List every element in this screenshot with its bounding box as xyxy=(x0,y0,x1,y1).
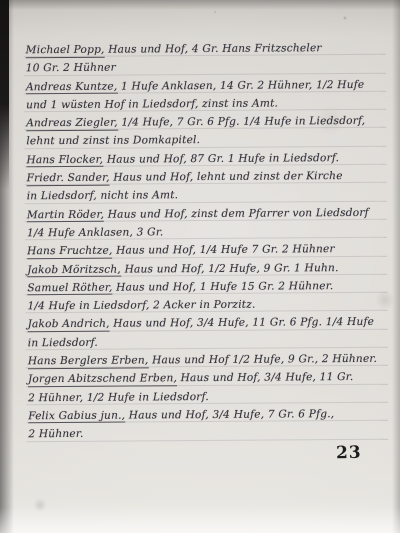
entry-name-underlined: Martin Röder, xyxy=(27,208,104,222)
entry-text: lehnt und zinst ins Domkapitel. xyxy=(26,135,200,148)
entry-name-underlined: Hans Fruchtze, xyxy=(27,245,113,259)
manuscript-line: Jakob Andrich, Haus und Hof, 3/4 Hufe, 1… xyxy=(28,313,384,334)
entry-name-underlined: Jakob Andrich, xyxy=(28,318,110,332)
entry-text: Haus und Hof, 3/4 Hufe, 11 Gr. 6 Pfg. 1/… xyxy=(110,316,374,330)
scanned-manuscript-page: Michael Popp, Haus und Hof, 4 Gr. Hans F… xyxy=(0,0,400,533)
manuscript-line: Andreas Ziegler, 1/4 Hufe, 7 Gr. 6 Pfg. … xyxy=(26,112,382,133)
entry-text: 1 Hufe Anklasen, 14 Gr. 2 Hühner, 1/2 Hu… xyxy=(117,78,364,92)
entry-text: Haus und Hof 1/2 Hufe, 9 Gr., 2 Hühner. xyxy=(148,353,377,367)
manuscript-line: 2 Hühner, 1/2 Hufe in Liedsdorf. xyxy=(28,386,384,407)
entry-text: in Liedsdorf, nicht ins Amt. xyxy=(27,190,179,203)
entry-text: 1/4 Hufe, 7 Gr. 6 Pfg. 1/4 Hufe in Lieds… xyxy=(118,115,366,129)
entry-text: 10 Gr. 2 Hühner xyxy=(26,62,116,75)
entry-text: 2 Hühner, 1/2 Hufe in Liedsdorf. xyxy=(28,391,209,404)
entry-text: und 1 wüsten Hof in Liedsdorf, zinst ins… xyxy=(26,97,278,111)
entry-text: in Liedsdorf. xyxy=(28,337,98,349)
entry-name-underlined: Samuel Röther, xyxy=(27,282,112,296)
entry-name-underlined: Hans Flocker, xyxy=(26,153,103,167)
entry-text: Haus und Hof, 1/4 Hufe 7 Gr. 2 Hühner xyxy=(112,243,334,257)
scan-black-corner xyxy=(0,0,9,190)
manuscript-line: und 1 wüsten Hof in Liedsdorf, zinst ins… xyxy=(26,94,382,115)
entry-text: Haus und Hof, 3/4 Hufe, 11 Gr. xyxy=(177,371,354,384)
entry-name-underlined: Felix Gabius jun., xyxy=(28,409,125,423)
manuscript-line: Jorgen Abitzschend Erben, Haus und Hof, … xyxy=(28,368,384,389)
scan-edge-shadow-right xyxy=(392,0,400,533)
entry-text: 2 Hühner. xyxy=(28,428,83,440)
entry-name-underlined: Hans Berglers Erben, xyxy=(28,354,149,368)
manuscript-line: Jakob Möritzsch, Haus und Hof, 1/2 Hufe,… xyxy=(27,258,383,279)
entry-name-underlined: Andreas Ziegler, xyxy=(26,117,118,131)
manuscript-line: 1/4 Hufe in Liedsdorf, 2 Acker in Porzit… xyxy=(27,295,383,316)
entry-name-underlined: Friedr. Sander, xyxy=(27,172,110,186)
entry-text: 1/4 Hufe Anklasen, 3 Gr. xyxy=(27,226,164,239)
entry-text: Haus und Hof, 3/4 Hufe, 7 Gr. 6 Pfg., xyxy=(125,408,334,421)
manuscript-line: lehnt und zinst ins Domkapitel. xyxy=(26,130,382,151)
entry-text: Haus und Hof, 87 Gr. 1 Hufe in Liedsdorf… xyxy=(103,152,339,166)
manuscript-line: 10 Gr. 2 Hühner xyxy=(26,57,382,78)
manuscript-line: Hans Flocker, Haus und Hof, 87 Gr. 1 Huf… xyxy=(26,149,382,170)
manuscript-line: Felix Gabius jun., Haus und Hof, 3/4 Huf… xyxy=(28,405,384,426)
scan-edge-shadow-left xyxy=(0,0,14,533)
entry-name-underlined: Michael Popp, xyxy=(26,44,105,58)
manuscript-line: 2 Hühner. xyxy=(28,423,384,444)
entry-text: Haus und Hof, zinst dem Pfarrer von Lied… xyxy=(104,207,369,221)
manuscript-line: Hans Berglers Erben, Haus und Hof 1/2 Hu… xyxy=(28,350,384,371)
manuscript-line: Michael Popp, Haus und Hof, 4 Gr. Hans F… xyxy=(26,39,382,60)
scan-edge-light-bottom xyxy=(0,507,400,533)
manuscript-line: Andreas Kuntze, 1 Hufe Anklasen, 14 Gr. … xyxy=(26,75,382,96)
manuscript-line: in Liedsdorf. xyxy=(28,332,384,353)
entry-text: Haus und Hof, 1 Hufe 15 Gr. 2 Hühner. xyxy=(113,280,334,294)
manuscript-line: Samuel Röther, Haus und Hof, 1 Hufe 15 G… xyxy=(27,277,383,298)
page-number: 23 xyxy=(336,443,362,463)
entry-name-underlined: Andreas Kuntze, xyxy=(26,80,118,94)
entry-name-underlined: Jakob Möritzsch, xyxy=(27,263,121,277)
entry-text: Haus und Hof, 4 Gr. Hans Fritzscheler xyxy=(105,42,322,56)
entry-name-underlined: Jorgen Abitzschend Erben, xyxy=(28,373,177,388)
manuscript-line: Hans Fruchtze, Haus und Hof, 1/4 Hufe 7 … xyxy=(27,240,383,261)
entry-text: Haus und Hof, 1/2 Hufe, 9 Gr. 1 Huhn. xyxy=(121,262,339,276)
manuscript-lines: Michael Popp, Haus und Hof, 4 Gr. Hans F… xyxy=(26,39,385,444)
scan-edge-shadow-top xyxy=(0,0,400,10)
entry-text: Haus und Hof, lehnt und zinst der Kirche xyxy=(110,170,343,184)
entry-text: 1/4 Hufe in Liedsdorf, 2 Acker in Porzit… xyxy=(27,299,255,313)
